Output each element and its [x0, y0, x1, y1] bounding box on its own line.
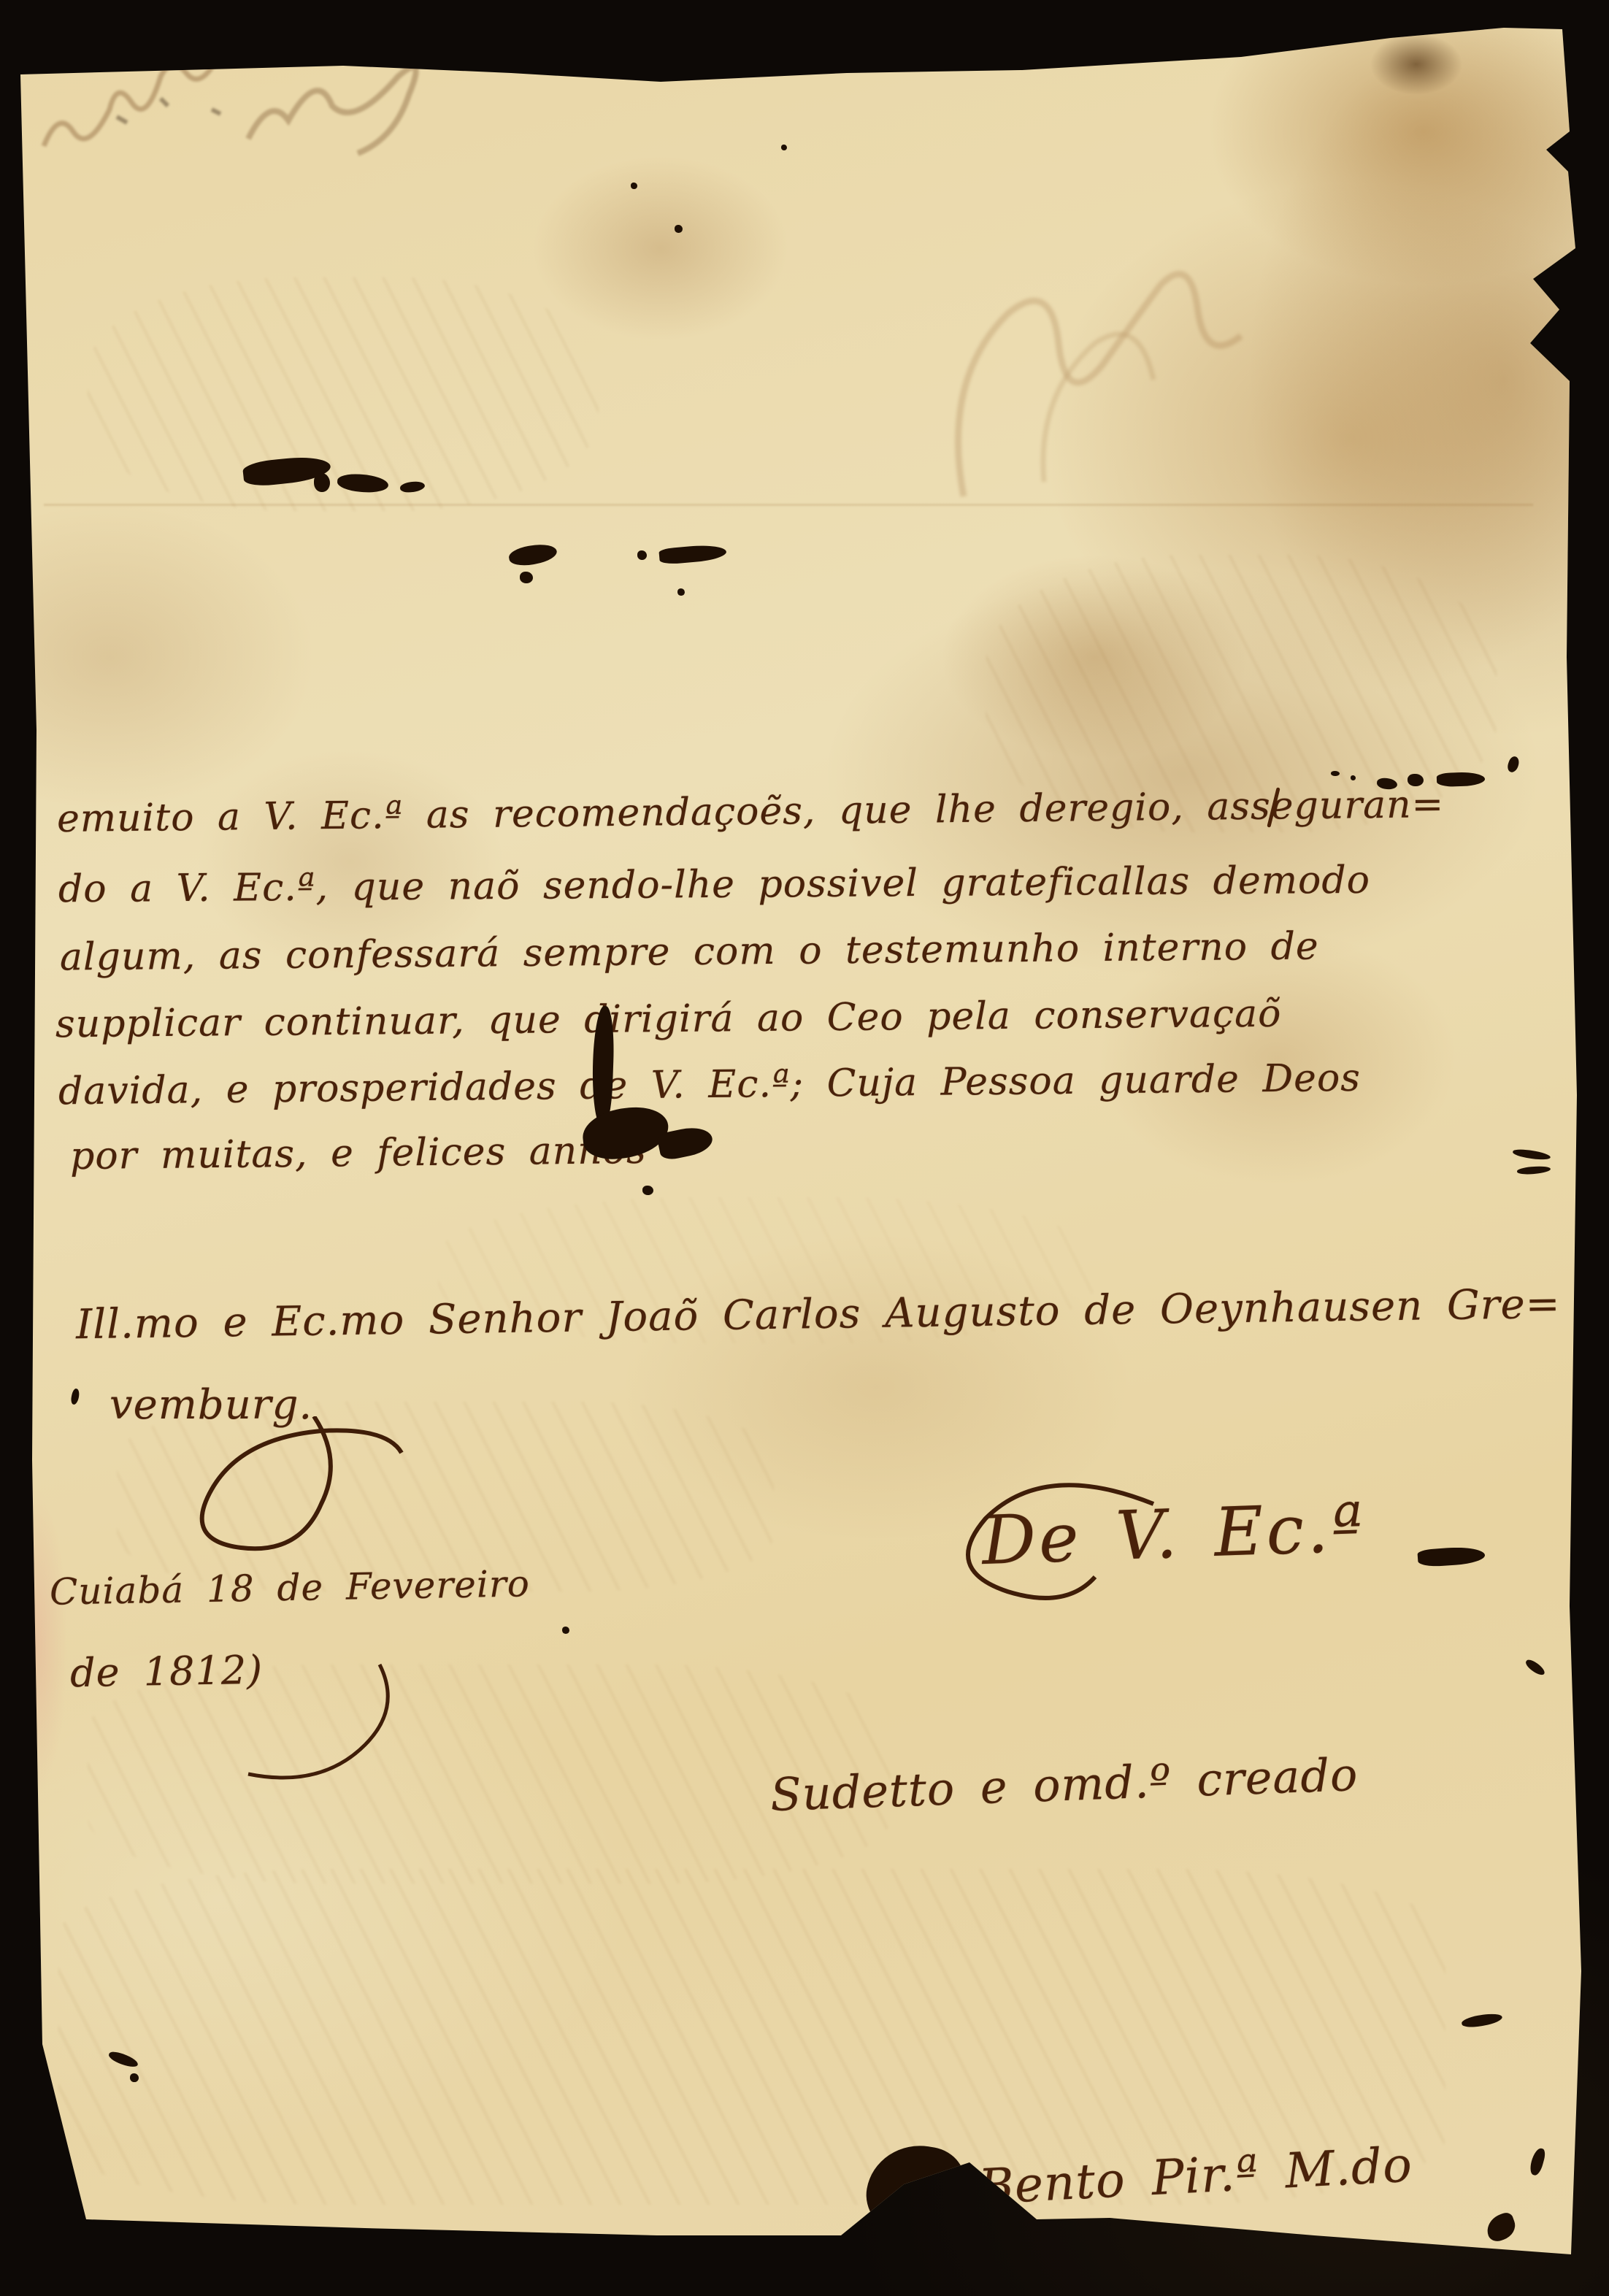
ink-blot — [399, 480, 426, 494]
address-line: vemburg. — [110, 1381, 312, 1429]
ink-blot — [1517, 1165, 1551, 1175]
ink-blot — [1506, 755, 1521, 773]
ink-spatter-dot — [637, 550, 647, 560]
address-line: Ill.mo e Ec.mo Senhor Joaõ Carlos August… — [76, 1281, 1561, 1348]
ink-blot — [1528, 2147, 1546, 2177]
dateline: de 1812) — [69, 1647, 263, 1697]
ink-blot — [658, 543, 727, 565]
ink-spatter-dot — [562, 1627, 569, 1634]
bleedthrough-hatch — [117, 1402, 774, 1592]
ink-blot — [1512, 1148, 1551, 1161]
ink-blot-large — [860, 2137, 971, 2243]
ink-spatter-dot — [130, 2073, 139, 2082]
closing-line: De V. Ec.ª — [980, 1489, 1367, 1580]
ink-blot-large — [580, 1104, 671, 1162]
body-line: emuito a V. Ec.ª as recomendaçoẽs, que l… — [57, 783, 1445, 841]
ink-blot — [1483, 2211, 1518, 2244]
manuscript-page: emuito a V. Ec.ª as recomendaçoẽs, que l… — [0, 0, 1609, 2296]
ink-blot — [520, 572, 533, 583]
body-line: davida, e prosperidades de V. Ec.ª; Cuja… — [58, 1056, 1361, 1114]
dateline: Cuiabá 18 de Fevereiro — [50, 1562, 531, 1613]
bleedthrough-script-flourish — [29, 29, 540, 175]
body-line: por muitas, e felices annos — [70, 1129, 647, 1178]
signature: Sudetto e omd.º creado — [769, 1748, 1359, 1821]
ink-spatter-dot — [781, 145, 787, 150]
ink-spatter-dot — [1351, 775, 1356, 780]
ink-spatter-dot — [677, 588, 685, 596]
docket-signature: Bento Pir.ª M.do — [977, 2136, 1413, 2215]
ink-spatter-dot — [1331, 771, 1340, 776]
ink-blot — [507, 541, 558, 568]
ink-spatter-dot — [70, 1388, 80, 1405]
fold-crease — [44, 504, 1533, 506]
ink-spatter-dot — [631, 183, 637, 189]
body-line: supplicar continuar, que dirigirá ao Ceo… — [55, 992, 1282, 1047]
ink-blot — [1408, 774, 1424, 786]
ink-blot — [1417, 1546, 1485, 1567]
ink-blot — [1524, 1657, 1546, 1677]
ink-blot — [1437, 772, 1486, 787]
ink-spatter-dot — [675, 225, 683, 233]
body-line: do a V. Ec.ª, que naõ sendo-lhe possivel… — [58, 859, 1370, 912]
bleedthrough-large-flourish — [934, 263, 1329, 526]
ink-blot — [314, 473, 330, 492]
pen-flourish-loop — [161, 1416, 423, 1577]
ink-blot — [337, 473, 389, 494]
ink-spatter-dot — [642, 1186, 653, 1195]
ink-blot — [107, 2049, 139, 2070]
ink-blot — [1461, 2011, 1503, 2029]
manuscript-scan: emuito a V. Ec.ª as recomendaçoẽs, que l… — [0, 0, 1609, 2296]
body-line: algum, as confessará sempre com o testem… — [60, 924, 1319, 979]
